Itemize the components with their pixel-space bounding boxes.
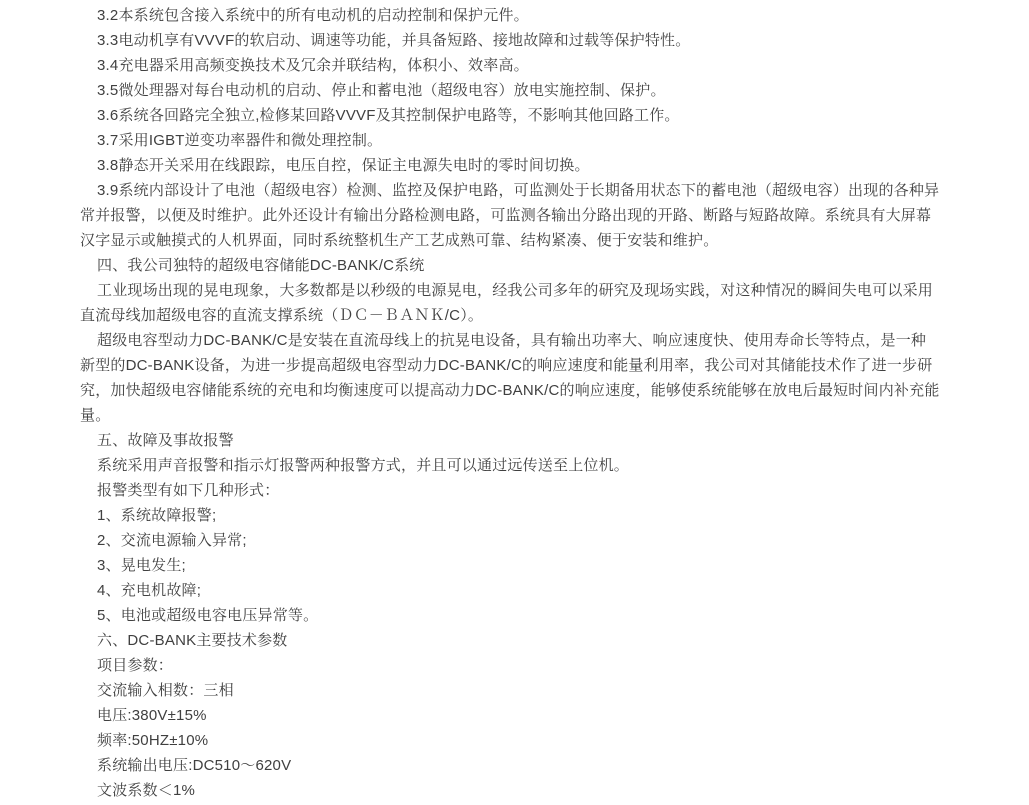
paragraph: 4、充电机故障; xyxy=(80,578,940,603)
paragraph: 交流输入相数：三相 xyxy=(80,678,940,703)
paragraph: 3.6系统各回路完全独立,检修某回路VVVF及其控制保护电路等，不影响其他回路工… xyxy=(80,103,940,128)
paragraph: 报警类型有如下几种形式： xyxy=(80,478,940,503)
paragraph: 超级电容型动力DC-BANK/C是安装在直流母线上的抗晃电设备，具有输出功率大、… xyxy=(80,328,940,428)
paragraph: 电压:380V±15% xyxy=(80,703,940,728)
paragraph: 六、DC-BANK主要技术参数 xyxy=(80,628,940,653)
paragraph: 项目参数： xyxy=(80,653,940,678)
paragraph: 1、系统故障报警; xyxy=(80,503,940,528)
paragraph: 2、交流电源输入异常; xyxy=(80,528,940,553)
paragraph: 文波系数＜1% xyxy=(80,778,940,803)
paragraph: 3.5微处理器对每台电动机的启动、停止和蓄电池（超级电容）放电实施控制、保护。 xyxy=(80,78,940,103)
paragraph: 3.7采用IGBT逆变功率器件和微处理控制。 xyxy=(80,128,940,153)
paragraph: 5、电池或超级电容电压异常等。 xyxy=(80,603,940,628)
document-content: 3.2本系统包含接入系统中的所有电动机的启动控制和保护元件。3.3电动机享有VV… xyxy=(80,0,940,803)
paragraph: 系统输出电压:DC510～620V xyxy=(80,753,940,778)
paragraph: 3.4充电器采用高频变换技术及冗余并联结构，体积小、效率高。 xyxy=(80,53,940,78)
paragraph: 3.8静态开关采用在线跟踪，电压自控，保证主电源失电时的零时间切换。 xyxy=(80,153,940,178)
paragraph: 四、我公司独特的超级电容储能DC-BANK/C系统 xyxy=(80,253,940,278)
document-page: 3.2本系统包含接入系统中的所有电动机的启动控制和保护元件。3.3电动机享有VV… xyxy=(0,0,1029,805)
paragraph: 3.2本系统包含接入系统中的所有电动机的启动控制和保护元件。 xyxy=(80,3,940,28)
paragraph: 3.3电动机享有VVVF的软启动、调速等功能，并具备短路、接地故障和过载等保护特… xyxy=(80,28,940,53)
paragraph: 工业现场出现的晃电现象，大多数都是以秒级的电源晃电，经我公司多年的研究及现场实践… xyxy=(80,278,940,328)
paragraph: 五、故障及事故报警 xyxy=(80,428,940,453)
paragraph: 系统采用声音报警和指示灯报警两种报警方式，并且可以通过远传送至上位机。 xyxy=(80,453,940,478)
paragraph: 频率:50HZ±10% xyxy=(80,728,940,753)
paragraph: 3.9系统内部设计了电池（超级电容）检测、监控及保护电路，可监测处于长期备用状态… xyxy=(80,178,940,253)
paragraph: 3、晃电发生; xyxy=(80,553,940,578)
